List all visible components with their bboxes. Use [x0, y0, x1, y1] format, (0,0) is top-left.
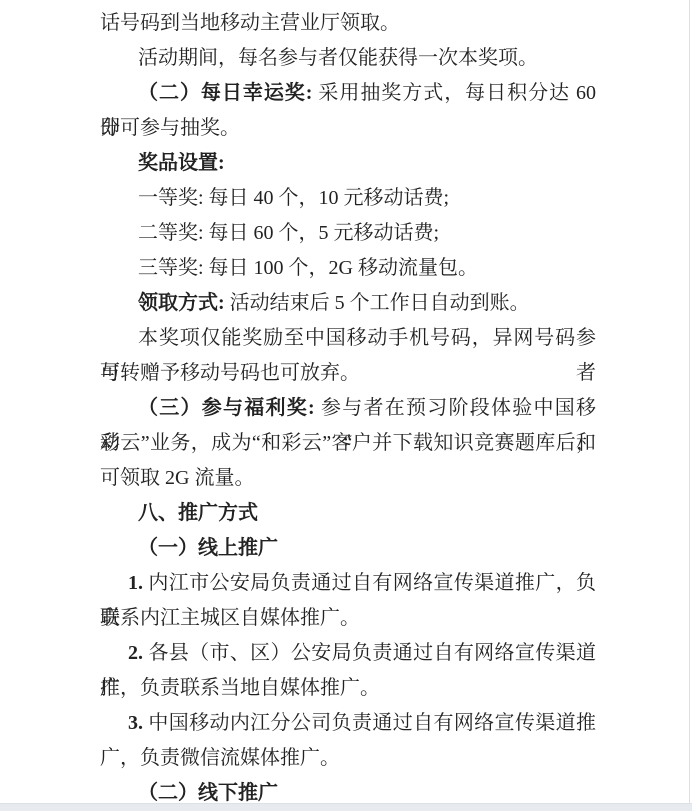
text-block: 话号码到当地移动主营业厅领取。活动期间，每名参与者仅能获得一次本奖项。（二）每日…	[100, 6, 596, 811]
document-line: 话号码到当地移动主营业厅领取。	[100, 6, 596, 41]
text-segment: 二等奖: 每日 60 个，5 元移动话费;	[138, 222, 439, 244]
document-line: （一）线上推广	[100, 531, 596, 566]
page-right-edge	[689, 0, 690, 804]
bold-text-segment: （二）每日幸运奖:	[138, 82, 312, 104]
document-line: 彩云”业务，成为“和彩云”客户并下载知识竞赛题库后，	[100, 426, 596, 461]
text-segment: 可领取 2G 流量。	[100, 467, 254, 489]
page-bottom-edge	[0, 803, 692, 811]
text-segment: 广，负责微信流媒体推广。	[100, 747, 340, 769]
bold-text-segment: （一）线上推广	[138, 537, 278, 559]
bold-text-segment: 3.	[128, 712, 143, 734]
text-segment: 联系内江主城区自媒体推广。	[100, 607, 360, 629]
text-segment: 即可参与抽奖。	[100, 117, 240, 139]
bold-text-segment: （三）参与福利奖:	[138, 397, 315, 419]
document-line: 广，负责微信流媒体推广。	[100, 741, 596, 776]
document-line: 可领取 2G 流量。	[100, 461, 596, 496]
text-segment: 活动结束后 5 个工作日自动到账。	[225, 292, 530, 314]
text-segment: 活动期间，每名参与者仅能获得一次本奖项。	[138, 47, 538, 69]
bold-text-segment: （二）线下推广	[138, 782, 278, 804]
document-line: 本奖项仅能奖励至中国移动手机号码，异网号码参与者	[100, 321, 596, 356]
document-line: 八、推广方式	[100, 496, 596, 531]
document-line: 联系内江主城区自媒体推广。	[100, 601, 596, 636]
document-line: 二等奖: 每日 60 个，5 元移动话费;	[100, 216, 596, 251]
bold-text-segment: 1.	[128, 572, 143, 594]
document-page: 话号码到当地移动主营业厅领取。活动期间，每名参与者仅能获得一次本奖项。（二）每日…	[0, 0, 692, 811]
document-line: 2. 各县（市、区）公安局负责通过自有网络宣传渠道推	[100, 636, 596, 671]
document-line: 领取方式: 活动结束后 5 个工作日自动到账。	[100, 286, 596, 321]
document-line: 即可参与抽奖。	[100, 111, 596, 146]
document-line: （二）每日幸运奖: 采用抽奖方式，每日积分达 60 分	[100, 76, 596, 111]
bold-text-segment: 2.	[128, 642, 143, 664]
text-segment: 彩云”业务，成为“和彩云”客户并下载知识竞赛题库后，	[100, 432, 596, 454]
text-segment: 可转赠予移动号码也可放弃。	[100, 362, 360, 384]
document-line: 活动期间，每名参与者仅能获得一次本奖项。	[100, 41, 596, 76]
text-segment: 话号码到当地移动主营业厅领取。	[100, 12, 400, 34]
text-segment: 一等奖: 每日 40 个，10 元移动话费;	[138, 187, 449, 209]
document-line: 3. 中国移动内江分公司负责通过自有网络宣传渠道推	[100, 706, 596, 741]
text-segment: 三等奖: 每日 100 个，2G 移动流量包。	[138, 257, 478, 279]
bold-text-segment: 奖品设置:	[138, 152, 225, 174]
document-line: 一等奖: 每日 40 个，10 元移动话费;	[100, 181, 596, 216]
bold-text-segment: 八、推广方式	[138, 502, 258, 524]
document-line: 奖品设置:	[100, 146, 596, 181]
document-line: 三等奖: 每日 100 个，2G 移动流量包。	[100, 251, 596, 286]
document-line: 广，负责联系当地自媒体推广。	[100, 671, 596, 706]
text-segment: 广，负责联系当地自媒体推广。	[100, 677, 380, 699]
bold-text-segment: 领取方式:	[138, 292, 225, 314]
text-segment: 中国移动内江分公司负责通过自有网络宣传渠道推	[143, 712, 596, 734]
document-line: 1. 内江市公安局负责通过自有网络宣传渠道推广，负责	[100, 566, 596, 601]
document-line: （三）参与福利奖: 参与者在预习阶段体验中国移动“和	[100, 391, 596, 426]
